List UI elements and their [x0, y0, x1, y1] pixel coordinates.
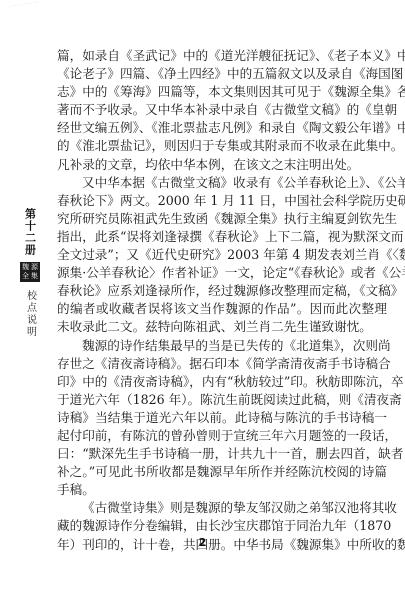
text-line: 指出，此系“误将刘逢禄撰《春秋论》上下二篇，视为默深文而 — [57, 228, 387, 246]
text-line: 藏的魏源诗作分卷编辑，由长沙宝庆郡馆于同治九年（1870 — [57, 517, 387, 535]
page-number: 2 — [0, 536, 405, 549]
text-line: 究所研究员陈祖武先生致函《魏源全集》执行主编夏剑钦先生 — [57, 210, 387, 228]
text-line: 的《淮北票盐记》，则因归于专集或其附录而不收录在此集中。 — [57, 137, 387, 155]
seal-char: 源 — [30, 263, 39, 272]
collection-seal-icon: 魏 源 全 集 — [20, 262, 40, 282]
text-line: 未收录此二文。兹特向陈祖武、刘兰肖二先生谨致谢忱。 — [57, 318, 387, 336]
scan-watermark: ········ ········· — [6, 0, 38, 9]
text-line: 春秋论》应系刘逢禄所作，经过魏源修改整理而定稿，《文稿》 — [57, 282, 387, 300]
section-label: 校点说明 — [24, 290, 37, 338]
text-line: 补之。”可见此书所收都是魏源早年所作并经陈沆校阅的诗篇 — [57, 463, 387, 481]
text-line: 存世之《清夜斋诗稿》。据石印本《简学斋清夜斋手书诗稿合 — [57, 355, 387, 373]
paragraph-start: 《古微堂诗集》则是魏源的挚友邹汉勋之弟邹汉池将其收 — [57, 499, 387, 517]
paragraph-start: 魏源的诗作结集最早的当是已失传的《北道集》，次则尚 — [57, 337, 387, 355]
text-line: 源集·公羊春秋论〉作者补证》一文，论定“《春秋论》或者《公羊 — [57, 264, 387, 282]
text-line: 手稿。 — [57, 481, 387, 499]
text-line: 经世文编五例》、《淮北票盐志凡例》和录自《陶文毅公年谱》中 — [57, 119, 387, 137]
text-line: 春秋论下》两文。2000 年 1 月 11 日，中国社会科学院历史研 — [57, 192, 387, 210]
text-line: 篇，如录自《圣武记》中的《道光洋艘征抚记》、《老子本义》中 — [57, 47, 387, 65]
side-margin-label: 第十二册 魏 源 全 集 校点说明 — [19, 208, 41, 338]
seal-char: 全 — [21, 272, 30, 281]
page-body: 篇，如录自《圣武记》中的《道光洋艘征抚记》、《老子本义》中 《论老子》四篇、《净… — [57, 47, 387, 554]
text-line: 曰：“默深先生手书诗稿一册，计共九十一首，删去四首，缺者 — [57, 445, 387, 463]
text-line: 诗稿》当结集于道光六年以前。此诗稿与陈沆的手书诗稿一 — [57, 409, 387, 427]
text-line: 志》中的《筹海》四篇等，本文集则因其可见于《魏源全集》各专 — [57, 83, 387, 101]
text-line: 著而不予收录。又中华本补录中录自《古微堂文稿》的《皇朝 — [57, 101, 387, 119]
text-line: 《论老子》四篇、《净土四经》中的五篇叙文以及录自《海国图 — [57, 65, 387, 83]
text-line: 凡补录的文章，均依中华本例，在该文之末注明出处。 — [57, 156, 387, 174]
volume-label: 第十二册 — [24, 208, 37, 256]
text-line: 印》中的《清夜斋诗稿》，内有“秋舫较过”印。秋舫即陈沆，卒 — [57, 373, 387, 391]
text-line: 起付印前，有陈沆的曾孙曾则于宣统三年六月题签的一段话， — [57, 427, 387, 445]
text-line: 全文过录”；又《近代史研究》2003 年第 4 期发表刘兰肖《〈魏 — [57, 246, 387, 264]
seal-char: 集 — [30, 272, 39, 281]
paragraph-start: 又中华本据《古微堂文稿》收录有《公羊春秋论上》、《公羊 — [57, 174, 387, 192]
seal-char: 魏 — [21, 263, 30, 272]
text-line: 的编者或收藏者误将该文当作魏源的作品”。因而此次整理 — [57, 300, 387, 318]
text-line: 于道光六年（1826 年）。陈沆生前既阅读过此稿，则《清夜斋 — [57, 391, 387, 409]
